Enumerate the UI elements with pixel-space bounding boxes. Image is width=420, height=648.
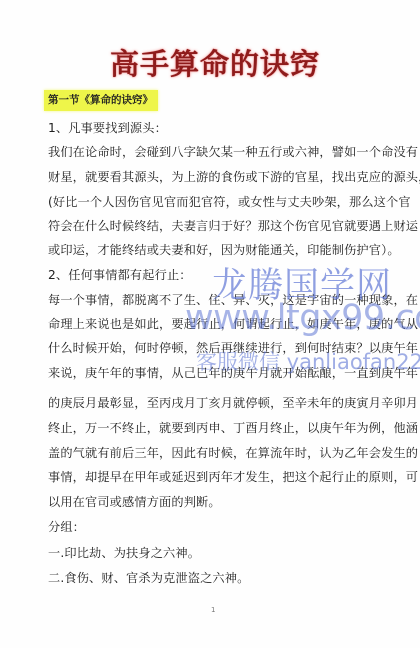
paragraph-line: 来说，庚午年的事情，从己巳年的庚午月就开始酝酿，一直到庚午年	[48, 365, 418, 381]
paragraph-line: 什么时候开始，何时停顿，然后再继续进行，到何时结束？以庚午年	[48, 340, 418, 356]
paragraph-line: 终止，万一不终止，就要到丙申、丁酉月终止，以庚午年为例，他涵	[48, 420, 418, 436]
point-heading-2: 2、任何事情都有起行止：	[48, 267, 192, 283]
paragraph-line: 以用在官司或感情方面的判断。	[48, 494, 221, 510]
paragraph-line: 我们在论命时，会碰到八字缺欠某一种五行或六神，譬如一个命没有	[48, 144, 418, 160]
grouping-item-1: 一.印比劫、为扶身之六神。	[48, 545, 200, 561]
paragraph-line: 或印运，才能终结或夫妻和好，因为财能通关，印能制伤护官）。	[48, 242, 400, 258]
document-page: 高手算命的诀窍 第一节《算命的诀窍》 1、凡事要找到源头： 我们在论命时，会碰到…	[0, 0, 420, 648]
paragraph-line: (好比一个人因伤官见官而犯官符，或女性与丈夫吵架，那么这个官	[48, 194, 411, 210]
paragraph-line: 符会在什么时候终结，夫妻言归于好？那这个伤官见官就要遇上财运	[48, 218, 418, 234]
paragraph-line: 财星，就要看其源头，为上游的食伤或下游的官星，找出克应的源头，	[48, 169, 420, 185]
paragraph-line: 事情，却提早在甲年或延迟到丙年才发生，把这个起行止的原则，可	[48, 469, 418, 485]
section-heading: 第一节《算命的诀窍》	[44, 90, 158, 111]
page-number: 1	[211, 606, 215, 614]
paragraph-line: 的庚辰月最彰显，至丙戌月丁亥月就停顿，至辛未年的庚寅月辛卯月	[48, 395, 418, 411]
grouping-label: 分组：	[48, 519, 85, 535]
grouping-item-2: 二.食伤、财、官杀为克泄盗之六神。	[48, 570, 249, 586]
paragraph-line: 命理上来说也是如此，要起行止，何谓起行止，如庚午年，庚的气从	[48, 316, 418, 332]
document-title: 高手算命的诀窍	[0, 44, 420, 84]
point-heading-1: 1、凡事要找到源头：	[48, 120, 167, 136]
paragraph-line: 每一个事情，都脱离不了生、住、异、灭，这是宇宙的一种现象，在	[48, 292, 418, 308]
paragraph-line: 盖的气就有前后三年，因此有时候，在算流年时，认为乙年会发生的	[48, 445, 418, 461]
